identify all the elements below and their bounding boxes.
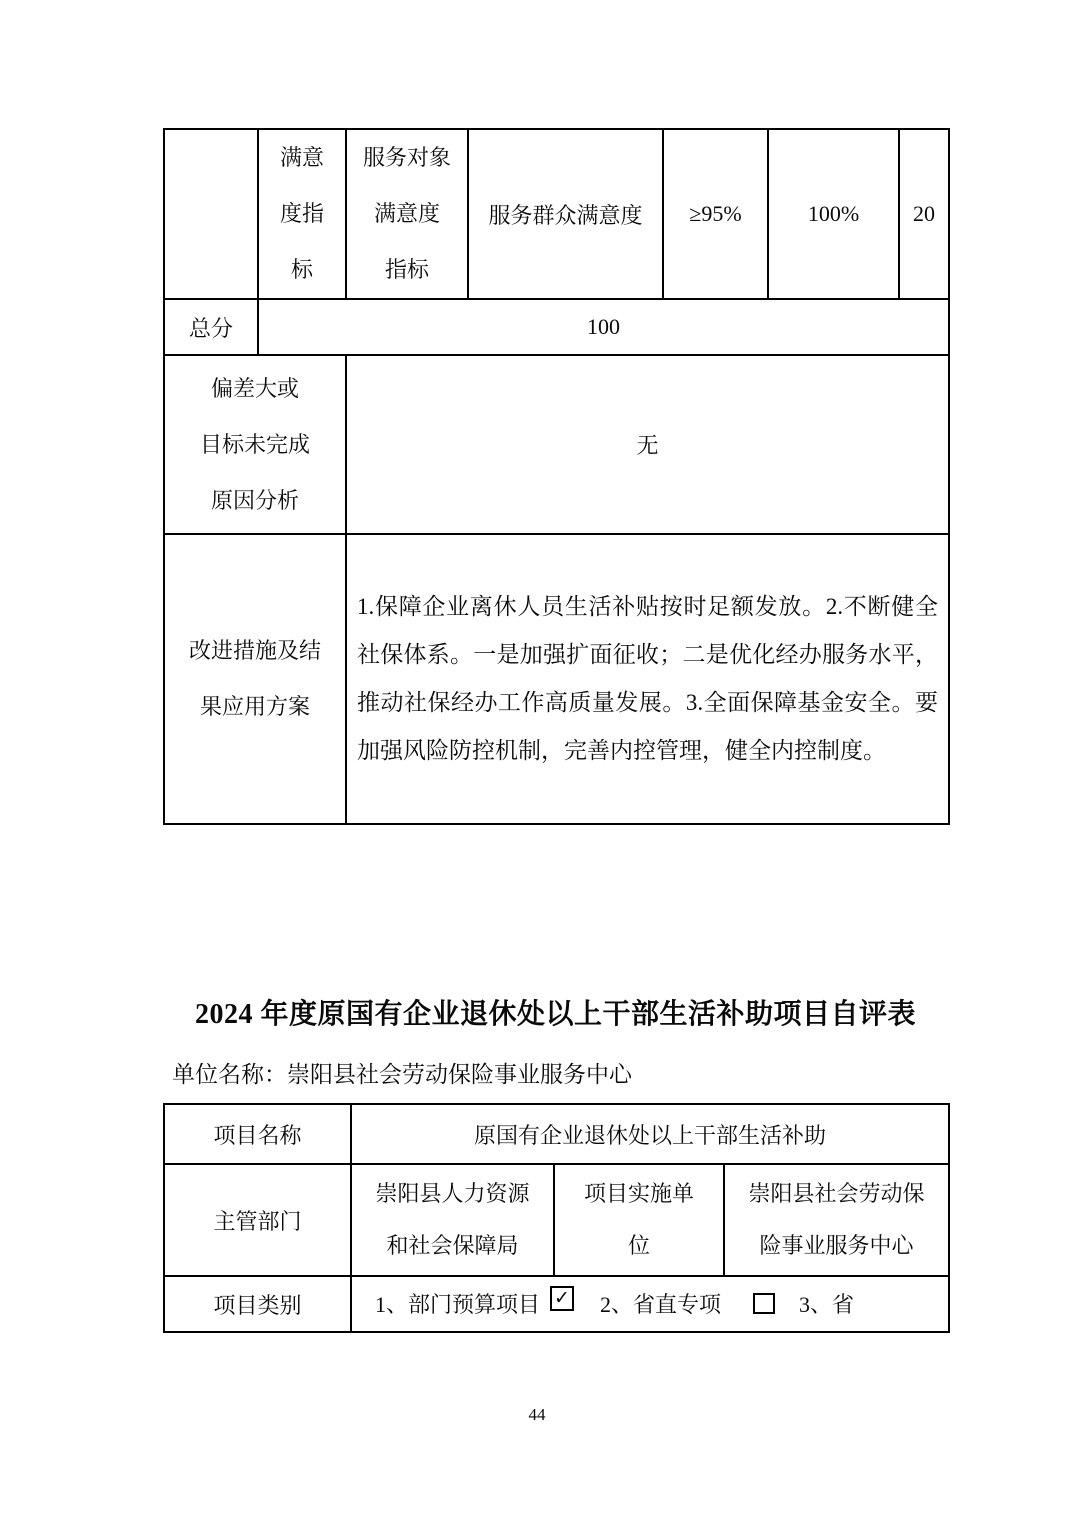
improvement-label-cell: 改进措施及结 果应用方案 [164, 534, 346, 824]
satisfaction-indicator-cell: 服务群众满意度 [468, 129, 663, 299]
page-title: 2024 年度原国有企业退休处以上干部生活补助项目自评表 [163, 992, 948, 1032]
deviation-value-cell: 无 [346, 355, 949, 534]
category-option-2-label: 2、省直专项 [600, 1292, 721, 1317]
project-evaluation-table: 项目名称 原国有企业退休处以上干部生活补助 主管部门 崇阳县人力资源 和社会保障… [163, 1103, 950, 1333]
impl-unit-value-cell: 崇阳县社会劳动保 险事业服务中心 [724, 1164, 949, 1276]
table-row: 项目名称 原国有企业退休处以上干部生活补助 [164, 1104, 949, 1164]
satisfaction-group-cell [164, 129, 258, 299]
category-option-3-label: 3、省 [799, 1292, 854, 1317]
table-row: 改进措施及结 果应用方案 1.保障企业离休人员生活补贴按时足额发放。2.不断健全… [164, 534, 949, 824]
improvement-value-cell: 1.保障企业离休人员生活补贴按时足额发放。2.不断健全社保体系。一是加强扩面征收… [346, 534, 949, 824]
performance-summary-table: 满意 度指 标 服务对象 满意度 指标 服务群众满意度 ≥95% 100% 20… [163, 128, 950, 825]
project-name-label-cell: 项目名称 [164, 1104, 351, 1164]
check-mark-icon: ✓ [552, 1288, 572, 1309]
table-row: 总分 100 [164, 299, 949, 355]
category-label-cell: 项目类别 [164, 1276, 351, 1332]
document-page: 满意 度指 标 服务对象 满意度 指标 服务群众满意度 ≥95% 100% 20… [0, 0, 1074, 1520]
checkbox-empty-icon [753, 1293, 775, 1314]
satisfaction-level1-cell: 满意 度指 标 [258, 129, 346, 299]
satisfaction-actual-cell: 100% [768, 129, 899, 299]
unit-name-line: 单位名称：崇阳县社会劳动保险事业服务中心 [172, 1056, 632, 1089]
page-number: 44 [0, 1405, 1074, 1425]
project-name-value-cell: 原国有企业退休处以上干部生活补助 [351, 1104, 949, 1164]
satisfaction-score-cell: 20 [899, 129, 949, 299]
dept-value-cell: 崇阳县人力资源 和社会保障局 [351, 1164, 554, 1276]
total-score-value-cell: 100 [258, 299, 949, 355]
category-options-cell: 1、部门预算项目✓2、省直专项3、省 [351, 1276, 949, 1332]
satisfaction-level2-cell: 服务对象 满意度 指标 [346, 129, 468, 299]
table-row: 项目类别 1、部门预算项目✓2、省直专项3、省 [164, 1276, 949, 1332]
category-option-1-label: 1、部门预算项目 [375, 1292, 540, 1317]
table-row: 满意 度指 标 服务对象 满意度 指标 服务群众满意度 ≥95% 100% 20 [164, 129, 949, 299]
table-row: 偏差大或 目标未完成 原因分析 无 [164, 355, 949, 534]
deviation-label-cell: 偏差大或 目标未完成 原因分析 [164, 355, 346, 534]
checkbox-checked-icon: ✓ [550, 1286, 574, 1311]
satisfaction-target-cell: ≥95% [663, 129, 768, 299]
total-score-label-cell: 总分 [164, 299, 258, 355]
dept-label-cell: 主管部门 [164, 1164, 351, 1276]
impl-unit-label-cell: 项目实施单 位 [554, 1164, 724, 1276]
table-row: 主管部门 崇阳县人力资源 和社会保障局 项目实施单 位 崇阳县社会劳动保 险事业… [164, 1164, 949, 1276]
